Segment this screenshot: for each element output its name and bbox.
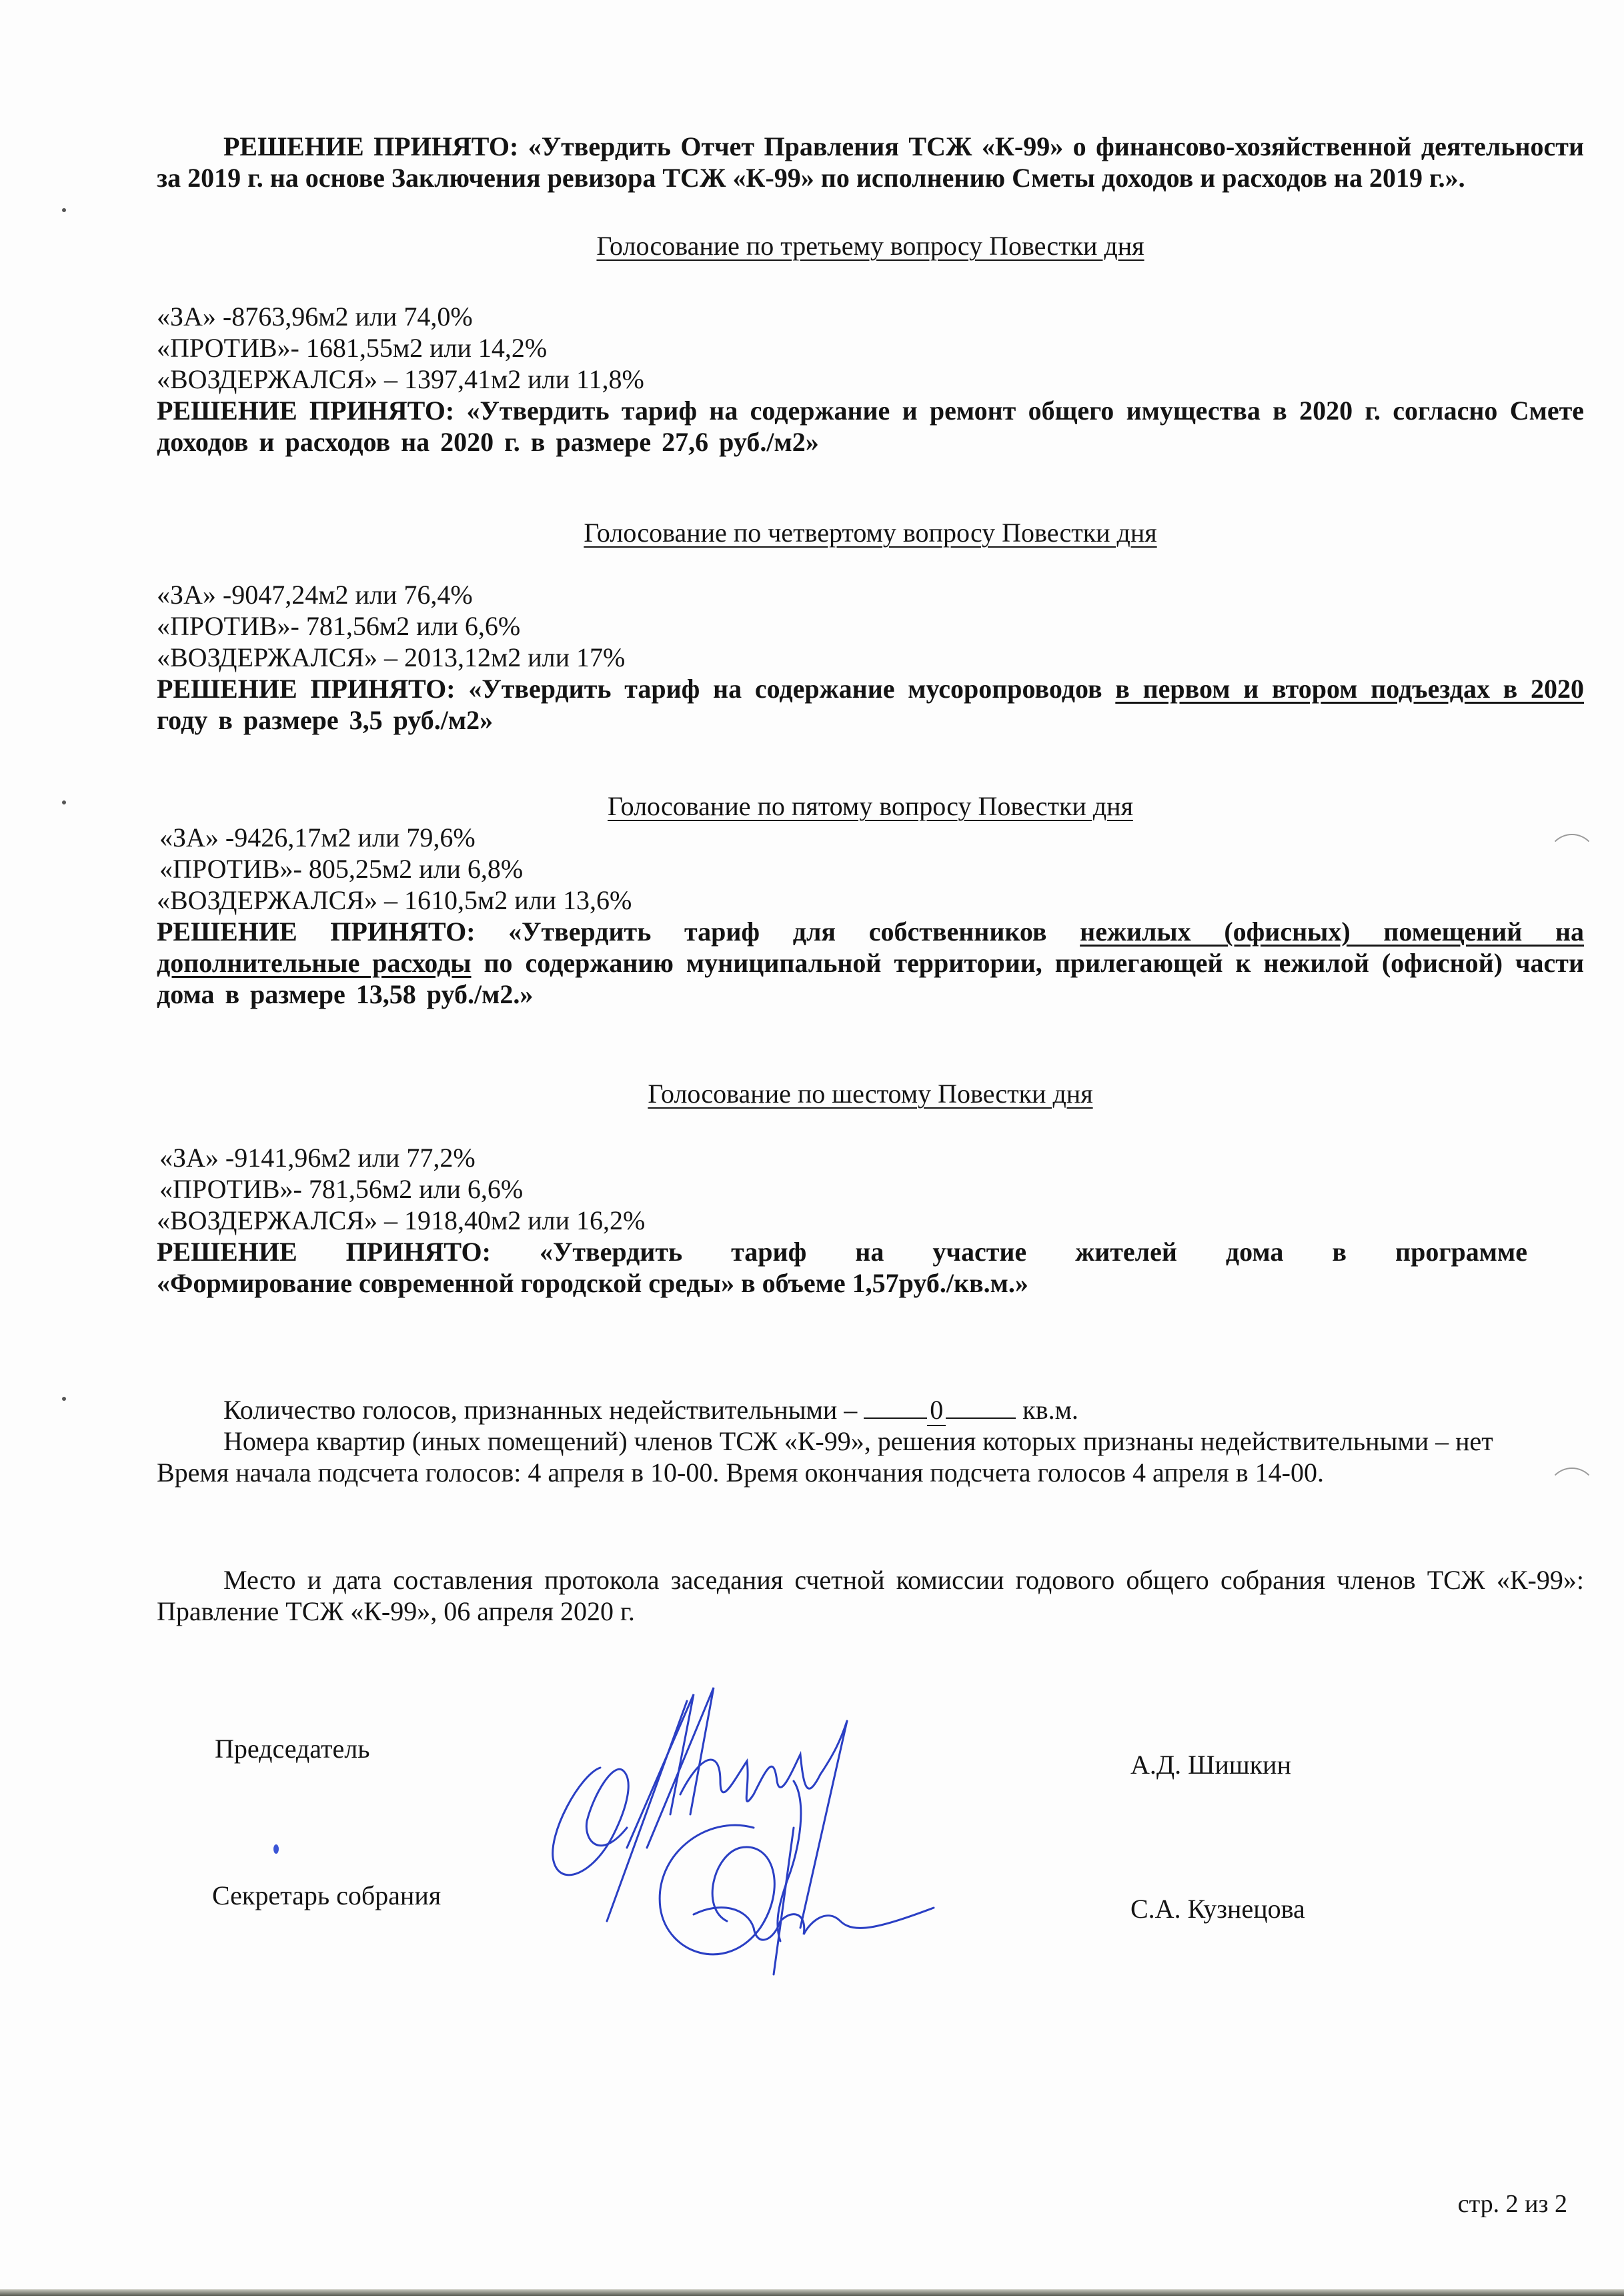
document-page: РЕШЕНИЕ ПРИНЯТО: «Утвердить Отчет Правле… bbox=[0, 0, 1624, 2296]
vote-abstain: «ВОЗДЕРЖАЛСЯ» – 1397,41м2 или 11,8% bbox=[157, 364, 1584, 395]
ink-dot bbox=[273, 1844, 279, 1854]
scan-speck bbox=[62, 208, 66, 212]
secretary-name: С.А. Кузнецова bbox=[1130, 1893, 1305, 1924]
decision-q2: РЕШЕНИЕ ПРИНЯТО: «Утвердить Отчет Правле… bbox=[157, 131, 1584, 193]
vote-against: «ПРОТИВ»- 781,56м2 или 6,6% bbox=[157, 1173, 1584, 1205]
scan-arc-mark bbox=[1547, 1468, 1597, 1517]
decision-text-line2: «Формирование современной городской сред… bbox=[157, 1267, 1527, 1299]
place-and-date: Место и дата составления протокола засед… bbox=[157, 1564, 1584, 1627]
vote-against: «ПРОТИВ»- 781,56м2 или 6,6% bbox=[157, 610, 1584, 642]
scan-speck bbox=[62, 1397, 66, 1401]
secretary-signature bbox=[640, 1774, 1014, 1988]
vote-abstain: «ВОЗДЕРЖАЛСЯ» – 1918,40м2 или 16,2% bbox=[157, 1205, 1584, 1236]
scan-arc-mark bbox=[1547, 834, 1597, 883]
section-heading: Голосование по четвертому вопросу Повест… bbox=[584, 518, 1156, 548]
chair-role: Председатель bbox=[215, 1733, 369, 1764]
votes-q4: «ЗА» -9047,24м2 или 76,4% «ПРОТИВ»- 781,… bbox=[157, 579, 1584, 736]
votes-q5: «ЗА» -9426,17м2 или 79,6% «ПРОТИВ»- 805,… bbox=[157, 822, 1584, 1010]
vote-for: «ЗА» -9141,96м2 или 77,2% bbox=[157, 1142, 1584, 1173]
decision-q3: РЕШЕНИЕ ПРИНЯТО: «Утвердить тариф на сод… bbox=[157, 395, 1584, 458]
decision-label: РЕШЕНИЕ ПРИНЯТО: bbox=[157, 917, 476, 947]
invalid-apartments: Номера квартир (иных помещений) членов Т… bbox=[157, 1425, 1584, 1457]
section-heading: Голосование по шестому Повестки дня bbox=[648, 1079, 1092, 1109]
decision-label: РЕШЕНИЕ ПРИНЯТО: bbox=[157, 1237, 491, 1267]
section-q3: Голосование по третьему вопросу Повестки… bbox=[157, 230, 1584, 261]
count-time: Время начала подсчета голосов: 4 апреля … bbox=[157, 1457, 1584, 1488]
vote-for: «ЗА» -9426,17м2 или 79,6% bbox=[157, 822, 1584, 853]
section-heading: Голосование по третьему вопросу Повестки… bbox=[596, 231, 1144, 261]
secretary-role: Секретарь собрания bbox=[212, 1880, 441, 1911]
page-number: стр. 2 из 2 bbox=[1458, 2189, 1567, 2219]
decision-label: РЕШЕНИЕ ПРИНЯТО: bbox=[157, 674, 456, 704]
scan-bottom-edge bbox=[0, 2289, 1624, 2296]
decision-text: «Утвердить тариф на участие жителей дома… bbox=[491, 1237, 1527, 1267]
votes-q6: «ЗА» -9141,96м2 или 77,2% «ПРОТИВ»- 781,… bbox=[157, 1142, 1584, 1299]
decision-q4: РЕШЕНИЕ ПРИНЯТО: «Утвердить тариф на сод… bbox=[157, 673, 1584, 736]
scan-speck bbox=[62, 800, 66, 804]
counting-info: Количество голосов, признанных недействи… bbox=[157, 1394, 1584, 1488]
decision-label: РЕШЕНИЕ ПРИНЯТО: bbox=[157, 396, 454, 426]
underlined-phrase: в первом и втором подъездах в 2020 bbox=[1115, 674, 1584, 704]
section-heading: Голосование по пятому вопросу Повестки д… bbox=[608, 791, 1133, 821]
votes-q3: «ЗА» -8763,96м2 или 74,0% «ПРОТИВ»- 1681… bbox=[157, 301, 1584, 458]
section-q5: Голосование по пятому вопросу Повестки д… bbox=[157, 790, 1584, 822]
vote-against: «ПРОТИВ»- 1681,55м2 или 14,2% bbox=[157, 332, 1584, 364]
decision-label: РЕШЕНИЕ ПРИНЯТО: bbox=[223, 131, 518, 161]
decision-q6: РЕШЕНИЕ ПРИНЯТО: «Утвердить тариф на уча… bbox=[157, 1236, 1527, 1299]
chair-name: А.Д. Шишкин bbox=[1130, 1749, 1291, 1780]
vote-abstain: «ВОЗДЕРЖАЛСЯ» – 1610,5м2 или 13,6% bbox=[157, 885, 1584, 916]
vote-abstain: «ВОЗДЕРЖАЛСЯ» – 2013,12м2 или 17% bbox=[157, 642, 1584, 673]
vote-for: «ЗА» -9047,24м2 или 76,4% bbox=[157, 579, 1584, 610]
vote-for: «ЗА» -8763,96м2 или 74,0% bbox=[157, 301, 1584, 332]
section-q6: Голосование по шестому Повестки дня bbox=[157, 1078, 1584, 1109]
decision-q5: РЕШЕНИЕ ПРИНЯТО: «Утвердить тариф для со… bbox=[157, 916, 1584, 1010]
section-q4: Голосование по четвертому вопросу Повест… bbox=[157, 517, 1584, 548]
invalid-votes-value: 0 bbox=[927, 1395, 946, 1426]
vote-against: «ПРОТИВ»- 805,25м2 или 6,8% bbox=[157, 853, 1584, 885]
invalid-votes: Количество голосов, признанных недействи… bbox=[157, 1394, 1584, 1425]
